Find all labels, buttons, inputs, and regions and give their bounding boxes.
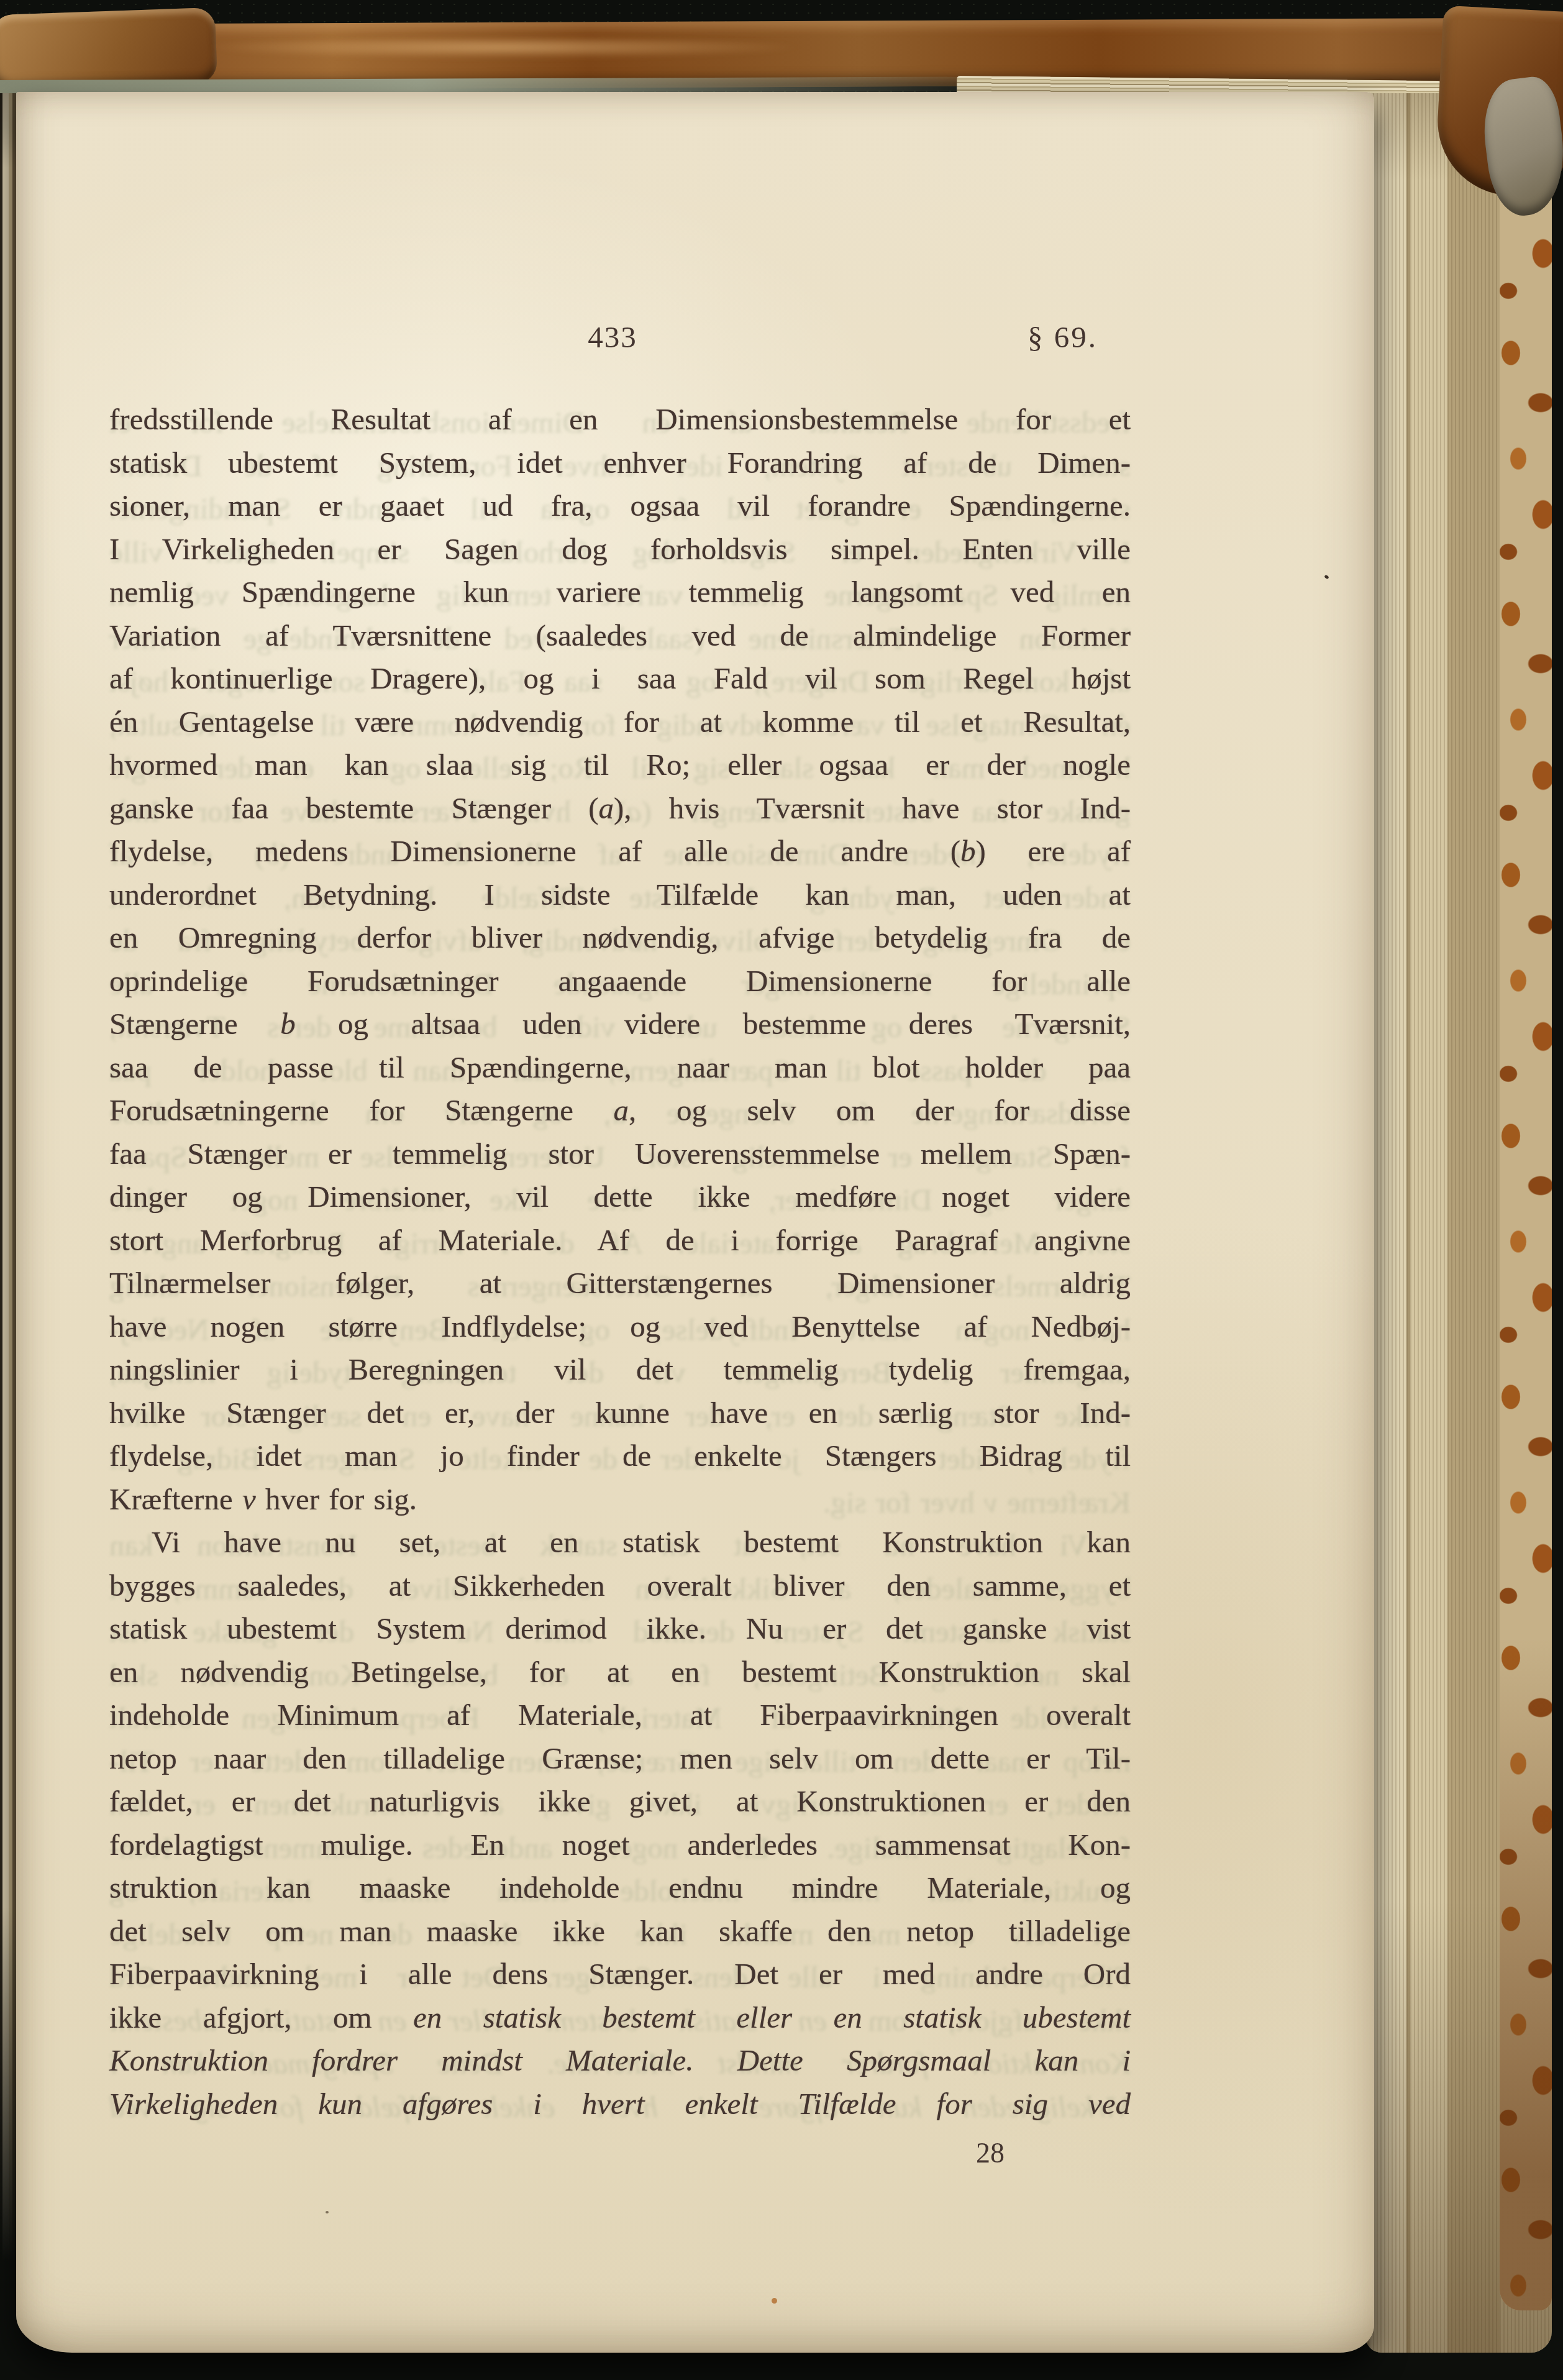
text-line: Stængerne b og altsaa uden videre bestem…	[109, 1002, 1131, 1046]
scanned-book-page-photo: 433 § 69. fredsstillende Resultat af en …	[0, 0, 1563, 2380]
book-page: 433 § 69. fredsstillende Resultat af en …	[16, 92, 1374, 2353]
text-line: have nogen større Indflydelse; og ved Be…	[109, 1305, 1131, 1348]
text-line: fordelagtigst mulige. En noget anderlede…	[109, 1823, 1131, 1867]
text-line: bygges saaledes, at Sikkerheden overalt …	[109, 1564, 1131, 1608]
text-line: Konstruktion fordrer mindst Materiale. D…	[109, 2039, 1131, 2082]
paper-fleck	[326, 2211, 329, 2213]
text-line: ikke afgjort, om en statisk bestemt elle…	[109, 1996, 1131, 2039]
text-line: hvormed man kan slaa sig til Ro; eller o…	[109, 743, 1131, 787]
text-line: én Gentagelse være nødvendig for at komm…	[109, 700, 1131, 744]
text-line: nemlig Spændingerne kun variere temmelig…	[109, 570, 1131, 614]
section-mark: § 69.	[1028, 319, 1098, 355]
text-line: stort Merforbrug af Materiale. Af de i f…	[109, 1219, 1131, 1262]
text-line: struktion kan maaske indeholde endnu min…	[109, 1866, 1131, 1910]
text-line: Variation af Tværsnittene (saaledes ved …	[109, 614, 1131, 657]
text-line: underordnet Betydning. I sidste Tilfælde…	[109, 873, 1131, 917]
text-line: Fiberpaavirkning i alle dens Stænger. De…	[109, 1952, 1131, 1996]
page-number: 433	[550, 319, 675, 355]
ink-speck	[1324, 574, 1329, 579]
text-line: Forudsætningerne for Stængerne a, og sel…	[109, 1089, 1131, 1132]
text-line: fældet, er det naturligvis ikke givet, a…	[109, 1780, 1131, 1823]
text-line: en nødvendig Betingelse, for at en beste…	[109, 1650, 1131, 1694]
text-line: hvilke Stænger det er, der kunne have en…	[109, 1391, 1131, 1435]
marbled-cover-edge	[1500, 67, 1552, 2310]
text-line: dinger og Dimensioner, vil dette ikke me…	[109, 1175, 1131, 1219]
gutter-page-sliver	[0, 93, 16, 2305]
leather-highlight	[205, 36, 801, 58]
text-line: ningslinier i Beregningen vil det temmel…	[109, 1348, 1131, 1391]
text-line: netop naar den tilladelige Grænse; men s…	[109, 1737, 1131, 1780]
text-line: en Omregning derfor bliver nødvendig, af…	[109, 916, 1131, 959]
text-line: sioner, man er gaaet ud fra, ogsaa vil f…	[109, 484, 1131, 528]
text-line: oprindelige Forudsætninger angaaende Dim…	[109, 959, 1131, 1003]
rust-stain	[772, 2298, 777, 2304]
text-line: af kontinuerlige Dragere), og i saa Fald…	[109, 657, 1131, 700]
signature-number: 28	[976, 2136, 1005, 2169]
text-line: indeholde Minimum af Materiale, at Fiber…	[109, 1693, 1131, 1737]
text-line: Kræfterne v hver for sig.	[109, 1478, 1131, 1521]
text-line: Vi have nu set, at en statisk bestemt Ko…	[109, 1521, 1131, 1564]
text-line: Virkeligheden kun afgøres i hvert enkelt…	[109, 2082, 1131, 2126]
text-line: statisk ubestemt System, idet enhver For…	[109, 441, 1131, 485]
text-line: faa Stænger er temmelig stor Uoverensste…	[109, 1132, 1131, 1176]
text-line: flydelse, idet man jo finder de enkelte …	[109, 1434, 1131, 1478]
text-line: det selv om man maaske ikke kan skaffe d…	[109, 1910, 1131, 1953]
text-line: I Virkeligheden er Sagen dog forholdsvis…	[109, 528, 1131, 571]
body-text-block: fredsstillende Resultat af en Dimensions…	[109, 398, 1131, 2125]
text-line: Tilnærmelser følger, at Gitterstængernes…	[109, 1261, 1131, 1305]
text-line: ganske faa bestemte Stænger (a), hvis Tv…	[109, 787, 1131, 830]
text-line: fredsstillende Resultat af en Dimensions…	[109, 398, 1131, 441]
text-line: statisk ubestemt System derimod ikke. Nu…	[109, 1607, 1131, 1650]
spine-leather-cap	[0, 7, 217, 91]
text-line: saa de passe til Spændingerne, naar man …	[109, 1046, 1131, 1089]
text-line: flydelse, medens Dimensionerne af alle d…	[109, 830, 1131, 873]
